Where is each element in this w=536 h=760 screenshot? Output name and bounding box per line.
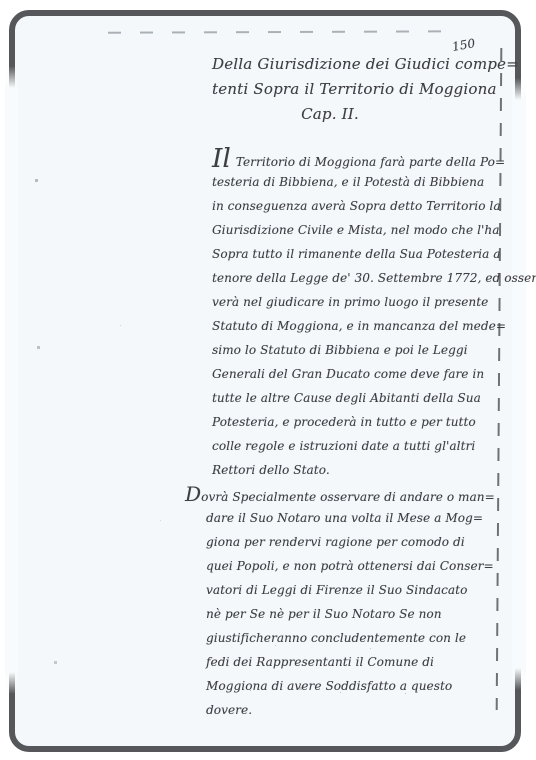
manuscript-body: IlTerritorio di Moggiona farà parte dell… — [212, 146, 504, 722]
body-line: Rettori dello Stato. — [212, 458, 504, 482]
body-line: vatori di Leggi di Firenze il Suo Sindac… — [206, 578, 504, 602]
title-line-1: Della Giurisdizione dei Giudici compe= — [212, 52, 508, 77]
frame-fade-left — [5, 66, 18, 694]
paragraph-initial: Il — [212, 144, 231, 174]
body-line: quei Popoli, e non potrà ottenersi dai C… — [206, 554, 504, 578]
body-line: tutte le altre Cause degli Abitanti dell… — [212, 386, 504, 410]
body-line: Generali del Gran Ducato come deve fare … — [212, 362, 504, 386]
body-line-text: Territorio di Moggiona farà parte della … — [236, 155, 505, 169]
body-line: giona per rendervi ragione per comodo di — [206, 530, 504, 554]
body-line: dovere. — [206, 698, 504, 722]
body-line: nè per Se nè per il Suo Notaro Se non — [206, 602, 504, 626]
title-line-2: tenti Sopra il Territorio di Moggiona — [212, 77, 508, 102]
body-line: IlTerritorio di Moggiona farà parte dell… — [212, 146, 504, 170]
body-line: tenore della Legge de' 30. Settembre 177… — [212, 266, 504, 290]
body-line: giustificheranno concludentemente con le — [206, 626, 504, 650]
body-line: verà nel giudicare in primo luogo il pre… — [212, 290, 504, 314]
frame-fade-right — [512, 78, 526, 690]
body-line: testeria di Bibbiena, e il Potestà di Bi… — [212, 170, 504, 194]
body-line: dare il Suo Notaro una volta il Mese a M… — [206, 506, 504, 530]
body-line: colle regole e istruzioni date a tutti g… — [212, 434, 504, 458]
chapter-number: Cap. II. — [212, 102, 508, 127]
chapter-title: Della Giurisdizione dei Giudici compe= t… — [212, 52, 508, 127]
manuscript-scan: 150 Della Giurisdizione dei Giudici comp… — [0, 0, 536, 760]
body-line: Giurisdizione Civile e Mista, nel modo c… — [212, 218, 504, 242]
body-line: simo lo Statuto di Bibbiena e poi le Leg… — [212, 338, 504, 362]
body-line: Dovrà Specialmente osservare di andare o… — [185, 482, 504, 506]
body-line: Moggiona di avere Soddisfatto a questo — [206, 674, 504, 698]
body-line: in conseguenza averà Sopra detto Territo… — [212, 194, 504, 218]
body-line: Potesteria, e procederà in tutto e per t… — [212, 410, 504, 434]
scan-speckles — [0, 0, 1, 1]
body-line: fedi dei Rappresentanti il Comune di — [206, 650, 504, 674]
body-line: Statuto di Moggiona, e in mancanza del m… — [212, 314, 504, 338]
body-line: Sopra tutto il rimanente della Sua Potes… — [212, 242, 504, 266]
